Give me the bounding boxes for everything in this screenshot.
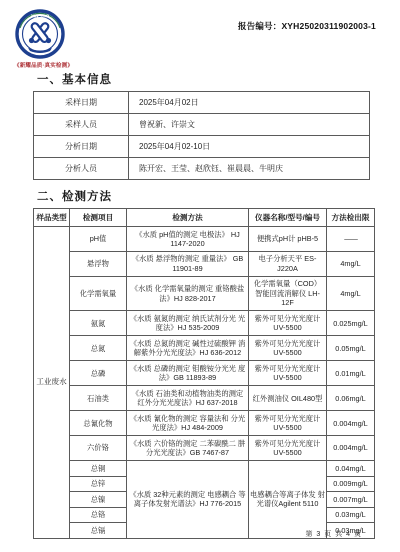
limit-cell: 0.06mg/L xyxy=(327,386,375,411)
report-page: XIN YAO 《新耀品质·真实检测》 报告编号：XYH250203119020… xyxy=(0,0,400,552)
instrument-cell: 紫外可见分光光度计 UV-5500 xyxy=(249,411,327,436)
report-number-label: 报告编号： xyxy=(238,21,282,31)
method-cell: 《水质 总氮的测定 碱性过硫酸钾 消解紫外分光光度法》HJ 636-2012 xyxy=(127,336,249,361)
limit-cell: 0.03mg/L xyxy=(327,507,375,522)
basic-row-label: 分析日期 xyxy=(34,136,129,158)
item-cell: 悬浮物 xyxy=(70,251,127,276)
instrument-cell: 电子分析天平 ES-J220A xyxy=(249,251,327,276)
col-header-item: 检测项目 xyxy=(70,209,127,227)
col-header-sample-type: 样品类型 xyxy=(34,209,70,227)
limit-cell: 0.025mg/L xyxy=(327,311,375,336)
limit-cell: 0.004mg/L xyxy=(327,411,375,436)
col-header-limit: 方法检出限 xyxy=(327,209,375,227)
methods-table: 样品类型 检测项目 检测方法 仪器名称/型号/编号 方法检出限 工业废水 pH值… xyxy=(33,208,375,539)
page-number: 第 3 页 共 4 页 xyxy=(305,529,362,539)
instrument-cell: 紫外可见分光光度计 UV-5500 xyxy=(249,436,327,461)
item-cell: 总磷 xyxy=(70,361,127,386)
method-cell: 《水质 石油类和动植物油类的测定 红外分光光度法》HJ 637-2018 xyxy=(127,386,249,411)
item-cell: 总镉 xyxy=(70,523,127,538)
limit-cell: 4mg/L xyxy=(327,251,375,276)
instrument-cell: 红外测油仪 OIL480型 xyxy=(249,386,327,411)
limit-cell: 0.007mg/L xyxy=(327,492,375,507)
sample-type-cell: 工业废水 xyxy=(34,227,70,539)
page-header: XIN YAO 《新耀品质·真实检测》 报告编号：XYH250203119020… xyxy=(0,0,400,69)
table-row: 分析日期 2025年04月02-10日 xyxy=(34,136,370,158)
table-row: 分析人员 陈开宏、王莹、赵欣钰、崔晨晨、牛明庆 xyxy=(34,158,370,180)
table-row: 采样日期 2025年04月02日 xyxy=(34,92,370,114)
col-header-instrument: 仪器名称/型号/编号 xyxy=(249,209,327,227)
method-cell: 《水质 总磷的测定 钼酸铵分光光 度法》GB 11893-89 xyxy=(127,361,249,386)
section-title-methods: 二、检测方法 xyxy=(37,188,400,204)
basic-row-label: 采样日期 xyxy=(34,92,129,114)
limit-cell: —— xyxy=(327,227,375,252)
item-cell: 总锌 xyxy=(70,476,127,491)
limit-cell: 0.05mg/L xyxy=(327,336,375,361)
basic-row-label: 采样人员 xyxy=(34,114,129,136)
section-title-basic-info: 一、基本信息 xyxy=(37,71,400,87)
basic-row-value: 2025年04月02-10日 xyxy=(129,136,370,158)
item-cell: 石油类 xyxy=(70,386,127,411)
limit-cell: 0.01mg/L xyxy=(327,361,375,386)
limit-cell: 4mg/L xyxy=(327,276,375,310)
methods-header-row: 样品类型 检测项目 检测方法 仪器名称/型号/编号 方法检出限 xyxy=(34,209,375,227)
limit-cell: 0.04mg/L xyxy=(327,461,375,476)
report-number-value: XYH25020311902003-1 xyxy=(281,21,376,31)
instrument-cell: 便携式pH计 pHB-5 xyxy=(249,227,327,252)
item-cell: pH值 xyxy=(70,227,127,252)
col-header-method: 检测方法 xyxy=(127,209,249,227)
logo-arc-text: XIN YAO xyxy=(31,14,50,19)
basic-row-value: 曾祝新、许崇文 xyxy=(129,114,370,136)
instrument-cell: 紫外可见分光光度计 UV-5500 xyxy=(249,361,327,386)
item-cell: 总氮 xyxy=(70,336,127,361)
item-cell: 六价铬 xyxy=(70,436,127,461)
instrument-cell-merged: 电感耦合等离子体发 射光谱仪Agilent 5110 xyxy=(249,461,327,538)
instrument-cell: 紫外可见分光光度计 UV-5500 xyxy=(249,311,327,336)
table-row: 总氮 《水质 总氮的测定 碱性过硫酸钾 消解紫外分光光度法》HJ 636-201… xyxy=(34,336,375,361)
table-row: 悬浮物 《水质 悬浮物的测定 重量法》 GB 11901-89 电子分析天平 E… xyxy=(34,251,375,276)
instrument-cell: 紫外可见分光光度计 UV-5500 xyxy=(249,336,327,361)
limit-cell: 0.009mg/L xyxy=(327,476,375,491)
item-cell: 化学需氧量 xyxy=(70,276,127,310)
table-row: 总铜 《水质 32种元素的测定 电感耦合 等离子体发射光谱法》HJ 776-20… xyxy=(34,461,375,476)
item-cell: 总铜 xyxy=(70,461,127,476)
logo-block: XIN YAO 《新耀品质·真实检测》 xyxy=(14,8,94,69)
lab-seal-logo: XIN YAO xyxy=(14,8,66,60)
item-cell: 氨氮 xyxy=(70,311,127,336)
table-row: 石油类 《水质 石油类和动植物油类的测定 红外分光光度法》HJ 637-2018… xyxy=(34,386,375,411)
table-row: 采样人员 曾祝新、许崇文 xyxy=(34,114,370,136)
basic-row-value: 陈开宏、王莹、赵欣钰、崔晨晨、牛明庆 xyxy=(129,158,370,180)
table-row: 工业废水 pH值 《水质 pH值的测定 电极法》 HJ 1147-2020 便携… xyxy=(34,227,375,252)
table-row: 总磷 《水质 总磷的测定 钼酸铵分光光 度法》GB 11893-89 紫外可见分… xyxy=(34,361,375,386)
item-cell: 总氰化物 xyxy=(70,411,127,436)
crossed-test-tubes-icon xyxy=(29,22,51,43)
basic-row-label: 分析人员 xyxy=(34,158,129,180)
logo-slogan: 《新耀品质·真实检测》 xyxy=(14,61,94,69)
method-cell-merged: 《水质 32种元素的测定 电感耦合 等离子体发射光谱法》HJ 776-2015 xyxy=(127,461,249,538)
limit-cell: 0.004mg/L xyxy=(327,436,375,461)
method-cell: 《水质 悬浮物的测定 重量法》 GB 11901-89 xyxy=(127,251,249,276)
table-row: 氨氮 《水质 氨氮的测定 纳氏试剂分光 光度法》HJ 535-2009 紫外可见… xyxy=(34,311,375,336)
method-cell: 《水质 氰化物的测定 容量法和 分光光度法》HJ 484-2009 xyxy=(127,411,249,436)
basic-info-table: 采样日期 2025年04月02日 采样人员 曾祝新、许崇文 分析日期 2025年… xyxy=(33,91,370,180)
table-row: 总氰化物 《水质 氰化物的测定 容量法和 分光光度法》HJ 484-2009 紫… xyxy=(34,411,375,436)
item-cell: 总镍 xyxy=(70,492,127,507)
method-cell: 《水质 化学需氧量的测定 重铬酸盐法》HJ 828-2017 xyxy=(127,276,249,310)
method-cell: 《水质 pH值的测定 电极法》 HJ 1147-2020 xyxy=(127,227,249,252)
table-row: 化学需氧量 《水质 化学需氧量的测定 重铬酸盐法》HJ 828-2017 化学需… xyxy=(34,276,375,310)
report-number: 报告编号：XYH25020311902003-1 xyxy=(238,20,376,32)
table-row: 六价铬 《水质 六价铬的测定 二苯碳酰二 肼分光光度法》GB 7467-87 紫… xyxy=(34,436,375,461)
method-cell: 《水质 氨氮的测定 纳氏试剂分光 光度法》HJ 535-2009 xyxy=(127,311,249,336)
method-cell: 《水质 六价铬的测定 二苯碳酰二 肼分光光度法》GB 7467-87 xyxy=(127,436,249,461)
instrument-cell: 化学需氧量（COD） 智能回流消解仪 LH-12F xyxy=(249,276,327,310)
item-cell: 总铬 xyxy=(70,507,127,522)
basic-row-value: 2025年04月02日 xyxy=(129,92,370,114)
